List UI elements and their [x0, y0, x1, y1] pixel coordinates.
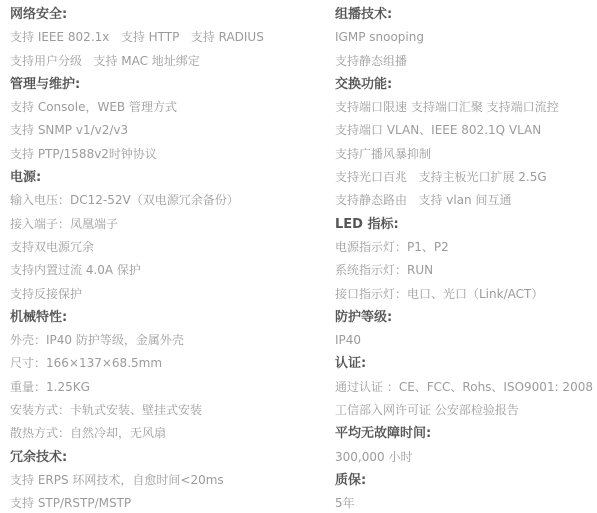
spec-column-right: 组播技术: IGMP snooping 支持静态组播 交换功能: 支持端口限速 …: [335, 3, 595, 513]
spec-line: 电源指示灯：P1、P2: [335, 236, 595, 259]
section-heading-mechanical: 机械特性:: [10, 306, 330, 329]
spec-line: 接口指示灯：电口、光口（Link/ACT）: [335, 283, 595, 306]
section-heading-management: 管理与维护:: [10, 73, 330, 96]
section-heading-redundancy: 冗余技术:: [10, 446, 330, 469]
spec-line: 支持内置过流 4.0A 保护: [10, 259, 330, 282]
spec-line: 支持用户分级 支持 MAC 地址绑定: [10, 50, 330, 73]
spec-line: 散热方式：自然冷却，无风扇: [10, 422, 330, 445]
spec-line: 支持静态组播: [335, 50, 595, 73]
spec-line: 支持反接保护: [10, 283, 330, 306]
spec-line: 支持静态路由 支持 vlan 间互通: [335, 189, 595, 212]
spec-line: 工信部入网许可证 公安部检验报告: [335, 399, 595, 422]
spec-line: 尺寸：166×137×68.5mm: [10, 352, 330, 375]
spec-line: 重量：1.25KG: [10, 376, 330, 399]
section-heading-mtbf: 平均无故障时间:: [335, 422, 595, 445]
spec-line: 支持 STP/RSTP/MSTP: [10, 492, 330, 513]
spec-line: IP40: [335, 329, 595, 352]
spec-line: 支持 ERPS 环网技术，自愈时间<20ms: [10, 469, 330, 492]
spec-line: 5年: [335, 492, 595, 513]
section-heading-protection-rating: 防护等级:: [335, 306, 595, 329]
spec-line: 支持 IEEE 802.1x 支持 HTTP 支持 RADIUS: [10, 26, 330, 49]
spec-line: 系统指示灯：RUN: [335, 259, 595, 282]
spec-line: 外壳：IP40 防护等级，金属外壳: [10, 329, 330, 352]
spec-line: 接入端子：凤凰端子: [10, 213, 330, 236]
section-heading-warranty: 质保:: [335, 469, 595, 492]
spec-line: 支持 Console，WEB 管理方式: [10, 96, 330, 119]
product-spec-sheet: 网络安全: 支持 IEEE 802.1x 支持 HTTP 支持 RADIUS 支…: [0, 0, 597, 513]
spec-line: 支持光口百兆 支持主板光口扩展 2.5G: [335, 166, 595, 189]
spec-column-left: 网络安全: 支持 IEEE 802.1x 支持 HTTP 支持 RADIUS 支…: [10, 3, 330, 513]
spec-line: 300,000 小时: [335, 446, 595, 469]
spec-line: 支持 PTP/1588v2时钟协议: [10, 143, 330, 166]
spec-line: 支持双电源冗余: [10, 236, 330, 259]
spec-line: 支持广播风暴抑制: [335, 143, 595, 166]
section-heading-power: 电源:: [10, 166, 330, 189]
spec-line: 支持端口 VLAN、IEEE 802.1Q VLAN: [335, 119, 595, 142]
spec-line: 输入电压：DC12-52V（双电源冗余备份）: [10, 189, 330, 212]
spec-line: IGMP snooping: [335, 26, 595, 49]
section-heading-certification: 认证:: [335, 352, 595, 375]
section-heading-switching: 交换功能:: [335, 73, 595, 96]
spec-line: 支持 SNMP v1/v2/v3: [10, 119, 330, 142]
spec-line: 支持端口限速 支持端口汇聚 支持端口流控: [335, 96, 595, 119]
section-heading-led: LED 指标:: [335, 213, 595, 236]
section-heading-multicast: 组播技术:: [335, 3, 595, 26]
section-heading-network-security: 网络安全:: [10, 3, 330, 26]
spec-line: 通过认证 ：CE、FCC、Rohs、ISO9001: 2008: [335, 376, 595, 399]
spec-line: 安装方式：卡轨式安装、壁挂式安装: [10, 399, 330, 422]
